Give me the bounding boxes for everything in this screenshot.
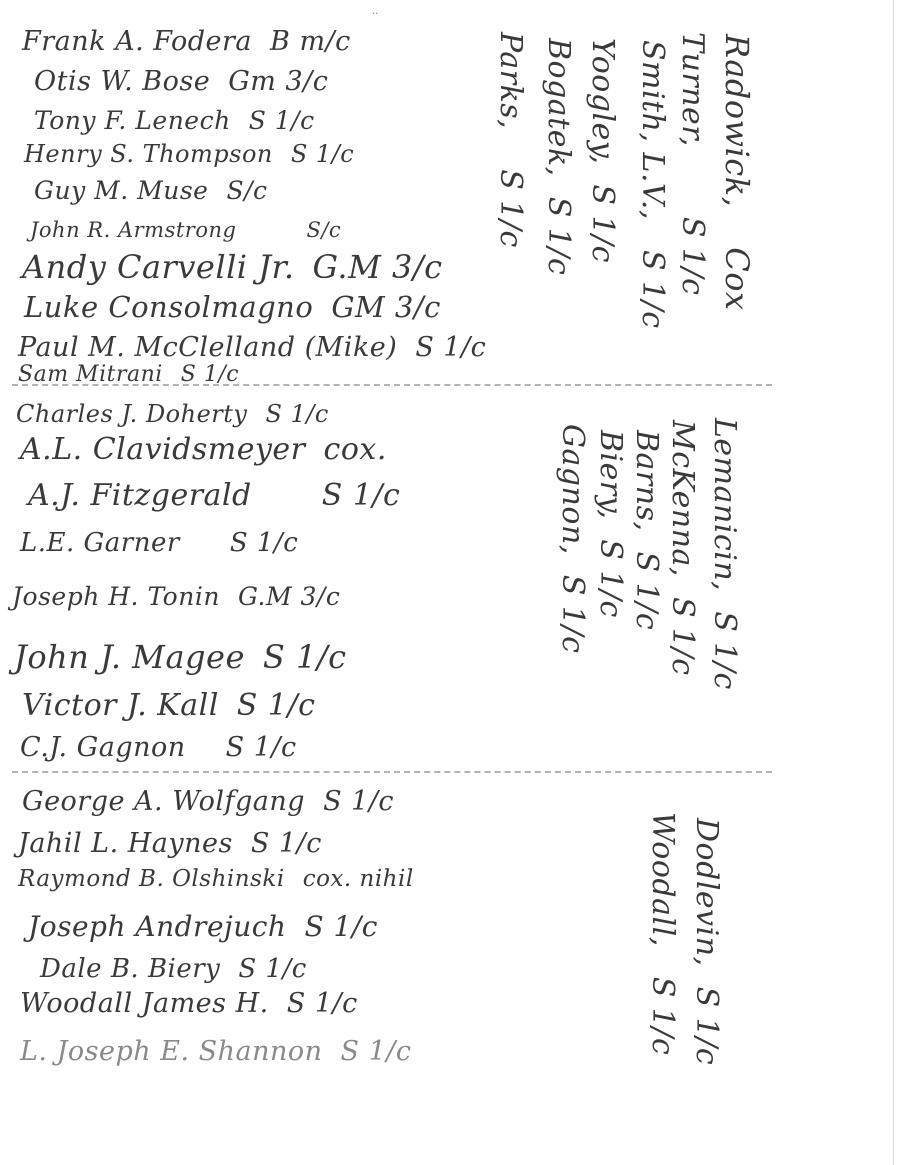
entry-name: Raymond B. Olshinski xyxy=(18,866,285,892)
roster-entry: John J. MageeS 1/c xyxy=(14,638,347,676)
entry-name: L. Joseph E. Shannon xyxy=(20,1036,323,1067)
entry-name: C.J. Gagnon xyxy=(20,732,186,763)
roster-entry: L.E. GarnerS 1/c xyxy=(20,528,298,558)
vertical-entry: McKenna,S 1/c xyxy=(665,420,700,676)
entry-name: George A. Wolfgang xyxy=(22,786,305,817)
entry-rate: S 1/c xyxy=(237,688,316,723)
roster-entry: Luke ConsolmagnoGM 3/c xyxy=(24,290,441,324)
entry-name: Bogatek, xyxy=(541,38,576,177)
entry-rate: S 1/c xyxy=(675,217,710,296)
entry-name: Gagnon, xyxy=(555,424,590,555)
roster-entry: A.L. Clavidsmeyercox. xyxy=(20,432,387,467)
vertical-entry: Turner,S 1/c xyxy=(675,32,710,295)
entry-name: Barns, xyxy=(629,430,664,532)
roster-entry: John R. ArmstrongS/c xyxy=(30,218,341,242)
roster-entry: Woodall James H.S 1/c xyxy=(20,988,358,1019)
section-divider xyxy=(12,384,772,386)
roster-entry: Andy Carvelli Jr.G.M 3/c xyxy=(22,248,443,286)
entry-rate: S 1/c xyxy=(226,732,297,763)
page-edge-line xyxy=(893,0,894,1165)
entry-rate: S 1/c xyxy=(323,786,394,817)
entry-rate: S 1/c xyxy=(555,575,590,654)
vertical-entry: Woodall,S 1/c xyxy=(645,812,680,1055)
vertical-entry: Bogatek,S 1/c xyxy=(541,38,576,275)
entry-name: Victor J. Kall xyxy=(22,688,219,723)
entry-name: Jahil L. Haynes xyxy=(18,828,233,859)
entry-name: John J. Magee xyxy=(14,638,245,676)
entry-name: Smith, L.V., xyxy=(635,40,670,220)
entry-name: Frank A. Fodera xyxy=(22,26,252,57)
entry-name: Woodall James H. xyxy=(20,988,269,1019)
entry-name: Charles J. Doherty xyxy=(16,400,247,428)
entry-name: A.J. Fitzgerald xyxy=(28,478,252,513)
entry-name: Lemanicin, xyxy=(707,418,742,591)
section-divider xyxy=(12,771,772,773)
vertical-entry: Lemanicin,S 1/c xyxy=(707,418,742,690)
entry-rate: S 1/c xyxy=(265,400,328,428)
entry-rate: S 1/c xyxy=(593,539,628,618)
vertical-entry: Parks,S 1/c xyxy=(493,32,528,248)
entry-rate: S 1/c xyxy=(304,910,378,943)
roster-entry: Raymond B. Olshinskicox. nihil xyxy=(18,866,414,892)
roster-entry: Joseph H. ToninG.M 3/c xyxy=(12,582,340,611)
entry-rate: B m/c xyxy=(270,26,351,57)
entry-rate: S 1/c xyxy=(249,106,315,135)
vertical-entry: Radowick,Cox xyxy=(718,34,756,311)
entry-name: Paul M. McClelland (Mike) xyxy=(18,332,397,363)
entry-rate: S 1/c xyxy=(341,1036,412,1067)
entry-name: Dale B. Biery xyxy=(40,954,220,984)
roster-entry: L. Joseph E. ShannonS 1/c xyxy=(20,1036,412,1067)
entry-rate: G.M 3/c xyxy=(238,582,340,611)
entry-name: Otis W. Bose xyxy=(34,66,210,97)
entry-rate: S 1/c xyxy=(629,552,664,631)
vertical-entry: Gagnon,S 1/c xyxy=(555,424,590,653)
entry-rate: S 1/c xyxy=(230,528,298,558)
entry-rate: cox. xyxy=(324,432,387,467)
entry-rate: S 1/c xyxy=(263,638,347,676)
entry-rate: S/c xyxy=(306,218,341,242)
entry-name: Turner, xyxy=(675,32,710,147)
entry-name: John R. Armstrong xyxy=(30,218,236,242)
entry-rate: Gm 3/c xyxy=(228,66,328,97)
entry-name: Parks, xyxy=(493,32,528,129)
entry-rate: S 1/c xyxy=(635,250,670,329)
roster-entry: Jahil L. HaynesS 1/c xyxy=(18,828,322,859)
entry-rate: S 1/c xyxy=(665,597,700,676)
entry-name: Tony F. Lenech xyxy=(34,106,231,135)
vertical-entry: Biery,S 1/c xyxy=(593,430,628,618)
entry-name: L.E. Garner xyxy=(20,528,180,558)
vertical-entry: Barns,S 1/c xyxy=(629,430,664,630)
entry-rate: S 1/c xyxy=(707,611,742,690)
entry-rate: S 1/c xyxy=(287,988,358,1019)
entry-rate: S 1/c xyxy=(541,197,576,276)
roster-entry: Guy M. MuseS/c xyxy=(34,176,268,205)
roster-entry: Joseph AndrejuchS 1/c xyxy=(28,910,378,943)
entry-rate: S 1/c xyxy=(238,954,306,984)
roster-entry: Tony F. LenechS 1/c xyxy=(34,106,315,135)
roster-entry: Henry S. ThompsonS 1/c xyxy=(24,140,354,168)
roster-entry: C.J. GagnonS 1/c xyxy=(20,732,297,763)
vertical-entry: Smith, L.V.,S 1/c xyxy=(635,40,670,329)
entry-rate: S 1/c xyxy=(493,169,528,248)
vertical-entry: Yoogley,S 1/c xyxy=(585,38,620,263)
roster-entry: A.J. FitzgeraldS 1/c xyxy=(28,478,400,513)
entry-name: Woodall, xyxy=(645,812,680,947)
entry-name: Joseph H. Tonin xyxy=(12,582,220,611)
entry-rate: S 1/c xyxy=(689,987,724,1066)
vertical-entry: Dodlevin,S 1/c xyxy=(689,818,724,1065)
entry-name: McKenna, xyxy=(665,420,700,577)
roster-entry: Frank A. FoderaB m/c xyxy=(22,26,351,57)
roster-entry: George A. WolfgangS 1/c xyxy=(22,786,394,817)
entry-name: Andy Carvelli Jr. xyxy=(22,248,294,286)
scanned-roster-page: .. Frank A. FoderaB m/c Otis W. BoseGm 3… xyxy=(0,0,900,1165)
entry-rate: G.M 3/c xyxy=(312,248,442,286)
entry-rate: S 1/c xyxy=(322,478,401,513)
entry-rate: cox. nihil xyxy=(303,866,414,892)
roster-entry: Paul M. McClelland (Mike)S 1/c xyxy=(18,332,486,363)
entry-rate: S 1/c xyxy=(645,977,680,1056)
entry-name: Radowick, xyxy=(718,34,756,207)
entry-rate: S 1/c xyxy=(415,332,486,363)
roster-entry: Otis W. BoseGm 3/c xyxy=(34,66,328,97)
entry-rate: Cox xyxy=(718,247,756,310)
entry-name: Luke Consolmagno xyxy=(24,290,313,324)
roster-entry: Victor J. KallS 1/c xyxy=(22,688,315,723)
entry-rate: S 1/c xyxy=(585,184,620,263)
entry-name: A.L. Clavidsmeyer xyxy=(20,432,306,467)
entry-name: Joseph Andrejuch xyxy=(28,910,286,943)
entry-name: Biery, xyxy=(593,430,628,519)
roster-entry: Dale B. BieryS 1/c xyxy=(40,954,307,984)
entry-rate: S 1/c xyxy=(291,140,354,168)
entry-rate: S/c xyxy=(226,176,267,205)
entry-name: Henry S. Thompson xyxy=(24,140,273,168)
roster-entry: Charles J. DohertyS 1/c xyxy=(16,400,329,428)
entry-name: Yoogley, xyxy=(585,38,620,164)
entry-rate: S 1/c xyxy=(251,828,322,859)
entry-name: Guy M. Muse xyxy=(34,176,208,205)
top-mark: .. xyxy=(372,6,378,17)
entry-name: Dodlevin, xyxy=(689,818,724,967)
entry-rate: GM 3/c xyxy=(331,290,441,324)
